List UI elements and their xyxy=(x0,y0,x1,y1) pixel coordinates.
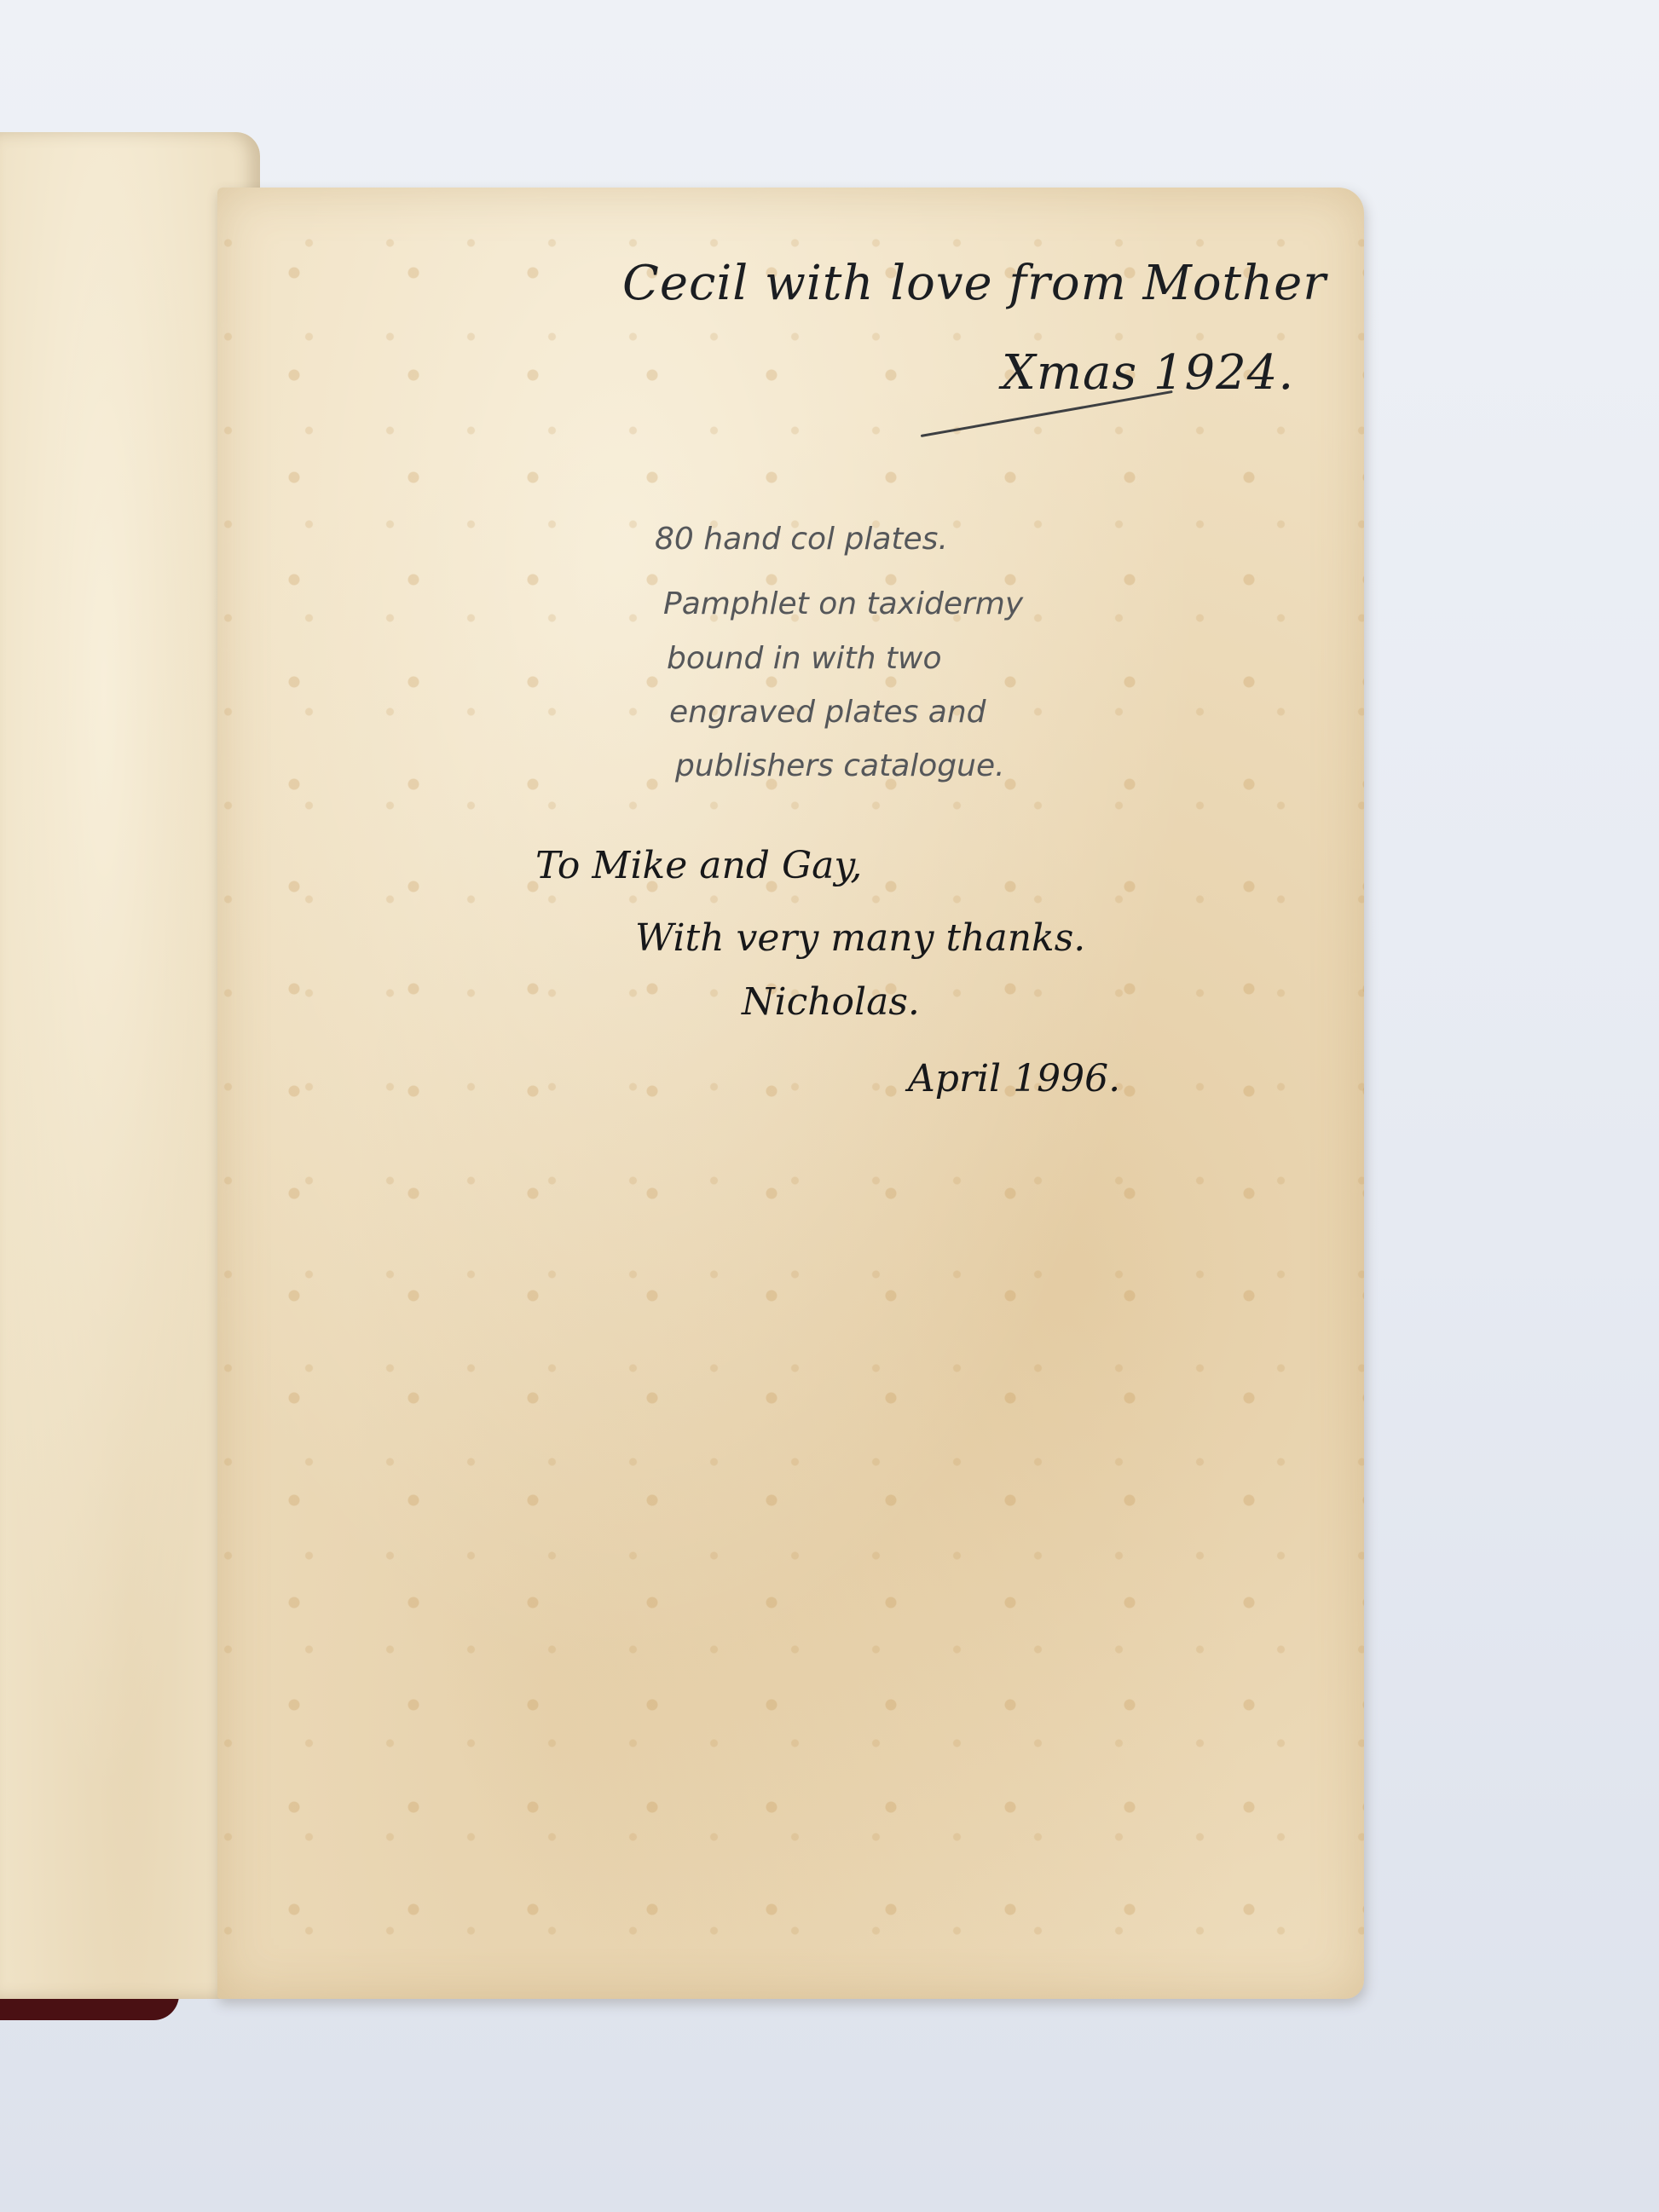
inscription-1996-signature: Nicholas. xyxy=(742,980,920,1024)
photo-scene: Cecil with love from Mother Xmas 1924. 8… xyxy=(0,0,1659,2212)
foxing-stains xyxy=(217,188,1364,1999)
pencil-note-line2: Pamphlet on taxidermy xyxy=(663,586,1023,621)
pencil-note-line3: bound in with two xyxy=(667,641,941,676)
pencil-note-line4: engraved plates and xyxy=(669,695,986,730)
inscription-1996-line2: With very many thanks. xyxy=(635,916,1085,960)
inscription-1924-line2: Xmas 1924. xyxy=(1002,345,1294,401)
inscription-1996-date: April 1996. xyxy=(908,1057,1120,1100)
inscription-1996-line1: To Mike and Gay, xyxy=(535,844,862,887)
inscription-1924-line1: Cecil with love from Mother xyxy=(622,256,1327,311)
pencil-note-line5: publishers catalogue. xyxy=(675,748,1005,783)
inscribed-endpaper xyxy=(217,188,1364,1999)
pencil-note-line1: 80 hand col plates. xyxy=(655,522,948,557)
